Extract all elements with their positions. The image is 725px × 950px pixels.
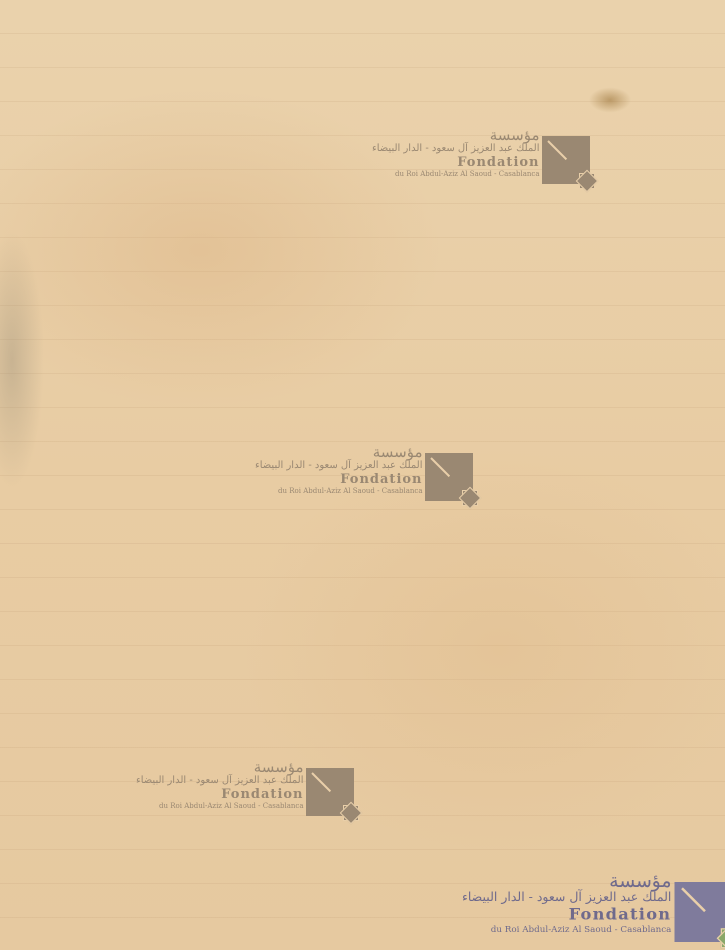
foundation-watermark: مؤسسة الملك عبد العزيز آل سعود - الدار ا… (136, 760, 354, 816)
watermark-name: Fondation (136, 788, 304, 801)
watermark-subtitle: du Roi Abdul-Aziz Al Saoud - Casablanca (136, 803, 304, 810)
watermark-arabic-title: مؤسسة (255, 445, 423, 460)
watermark-arabic-subtitle: الملك عبد العزيز آل سعود - الدار البيضاء (136, 776, 304, 786)
watermark-name: Fondation (372, 156, 540, 169)
watermark-arabic-subtitle: الملك عبد العزيز آل سعود - الدار البيضاء (372, 144, 540, 154)
foundation-watermark: مؤسسة الملك عبد العزيز آل سعود - الدار ا… (372, 128, 590, 184)
watermark-subtitle: du Roi Abdul-Aziz Al Saoud - Casablanca (462, 926, 671, 935)
watermark-subtitle: du Roi Abdul-Aziz Al Saoud - Casablanca (255, 488, 423, 495)
foundation-logo-color: مؤسسة الملك عبد العزيز آل سعود - الدار ا… (462, 872, 725, 942)
foundation-logo-icon (542, 136, 590, 184)
watermark-name: Fondation (255, 473, 423, 486)
watermark-arabic-subtitle: الملك عبد العزيز آل سعود - الدار البيضاء (255, 461, 423, 471)
watermark-subtitle: du Roi Abdul-Aziz Al Saoud - Casablanca (372, 171, 540, 178)
watermark-arabic-title: مؤسسة (462, 872, 671, 891)
foundation-watermark: مؤسسة الملك عبد العزيز آل سعود - الدار ا… (255, 445, 473, 501)
watermark-arabic-title: مؤسسة (136, 760, 304, 775)
foundation-logo-icon (306, 768, 354, 816)
watermark-name: Fondation (462, 907, 671, 923)
watermark-arabic-subtitle: الملك عبد العزيز آل سعود - الدار البيضاء (462, 892, 671, 905)
watermark-arabic-title: مؤسسة (372, 128, 540, 143)
foundation-logo-icon (425, 453, 473, 501)
paper-page: مؤسسة الملك عبد العزيز آل سعود - الدار ا… (0, 0, 725, 950)
foundation-logo-icon (674, 882, 725, 942)
